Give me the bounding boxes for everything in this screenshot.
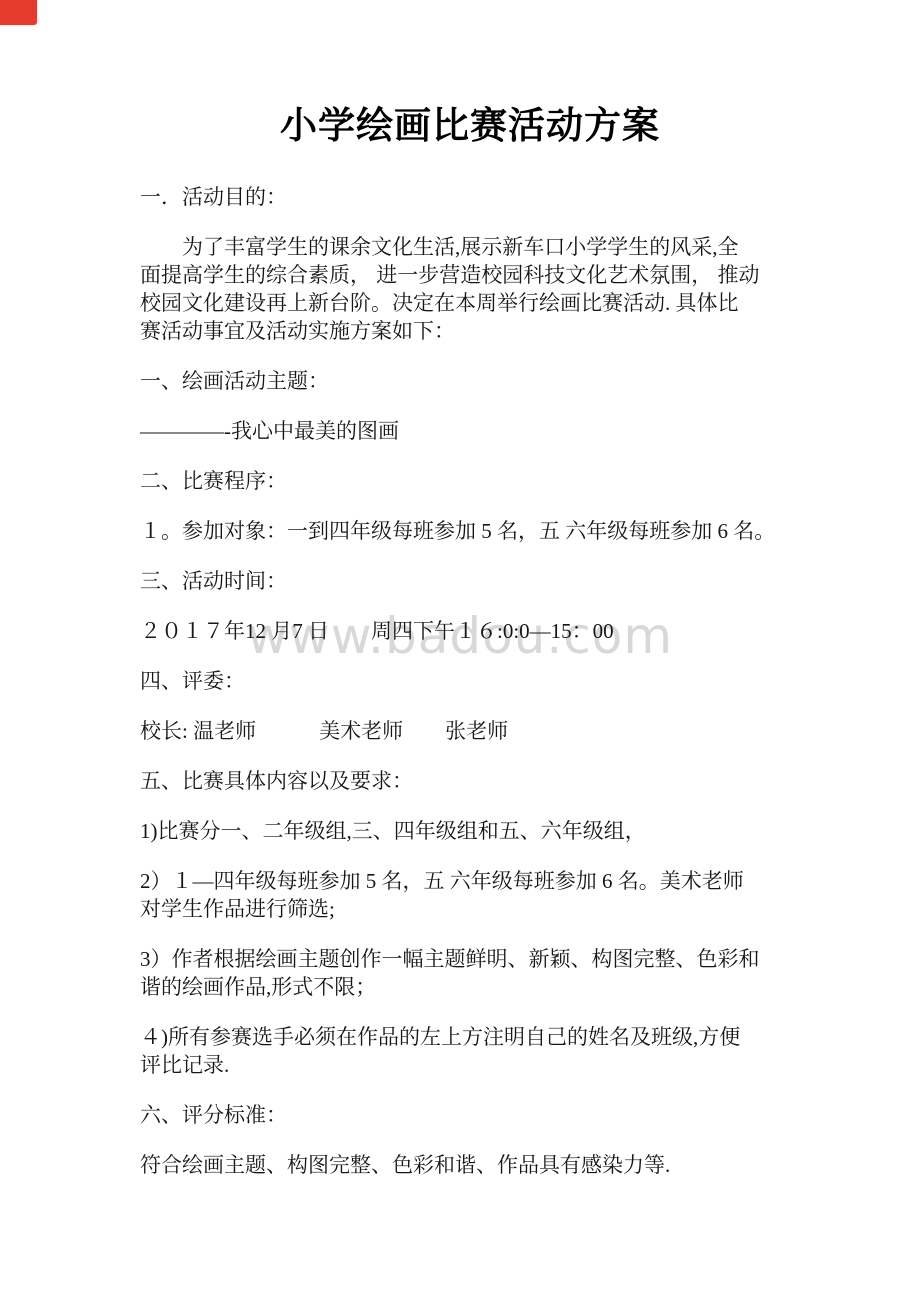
para-requirement-2: 2）１—四年级每班参加 5 名，五 六年级每班参加 6 名。美术老师 对学生作品… <box>140 867 800 923</box>
heading-purpose: 一．活动目的： <box>140 183 800 211</box>
para-judges: 校长: 温老师 美术老师 张老师 <box>140 717 800 745</box>
word-doc-badge <box>0 0 37 25</box>
heading-procedure: 二、比赛程序： <box>140 467 800 495</box>
para-requirement-3: 3）作者根据绘画主题创作一幅主题鲜明、新颖、构图完整、色彩和 谐的绘画作品,形式… <box>140 945 800 1001</box>
heading-scoring: 六、评分标准： <box>140 1101 800 1129</box>
para-datetime: ２０１７年12 月7 日 周四下午１６:0:0—15：00 <box>140 617 800 645</box>
para-scoring-criteria: 符合绘画主题、构图完整、色彩和谐、作品具有感染力等. <box>140 1151 800 1179</box>
para-participants: １。参加对象：一到四年级每班参加 5 名，五 六年级每班参加 6 名。 <box>140 517 800 545</box>
heading-judges: 四、评委： <box>140 667 800 695</box>
heading-time: 三、活动时间： <box>140 567 800 595</box>
document-content: 小学绘画比赛活动方案 一．活动目的： 为了丰富学生的课余文化生活,展示新车口小学… <box>140 105 800 1201</box>
document-title: 小学绘画比赛活动方案 <box>140 105 800 149</box>
para-theme-dash: ————-我心中最美的图画 <box>140 417 800 445</box>
heading-theme: 一、绘画活动主题： <box>140 367 800 395</box>
para-requirement-1: 1)比赛分一、二年级组,三、四年级组和五、六年级组， <box>140 817 800 845</box>
para-purpose: 为了丰富学生的课余文化生活,展示新车口小学学生的风采,全 面提高学生的综合素质，… <box>140 233 800 345</box>
heading-requirements: 五、比赛具体内容以及要求： <box>140 767 800 795</box>
para-requirement-4: ４)所有参赛选手必须在作品的左上方注明自己的姓名及班级,方便 评比记录. <box>140 1023 800 1079</box>
document-page: www.badou.com 小学绘画比赛活动方案 一．活动目的： 为了丰富学生的… <box>0 0 920 1302</box>
